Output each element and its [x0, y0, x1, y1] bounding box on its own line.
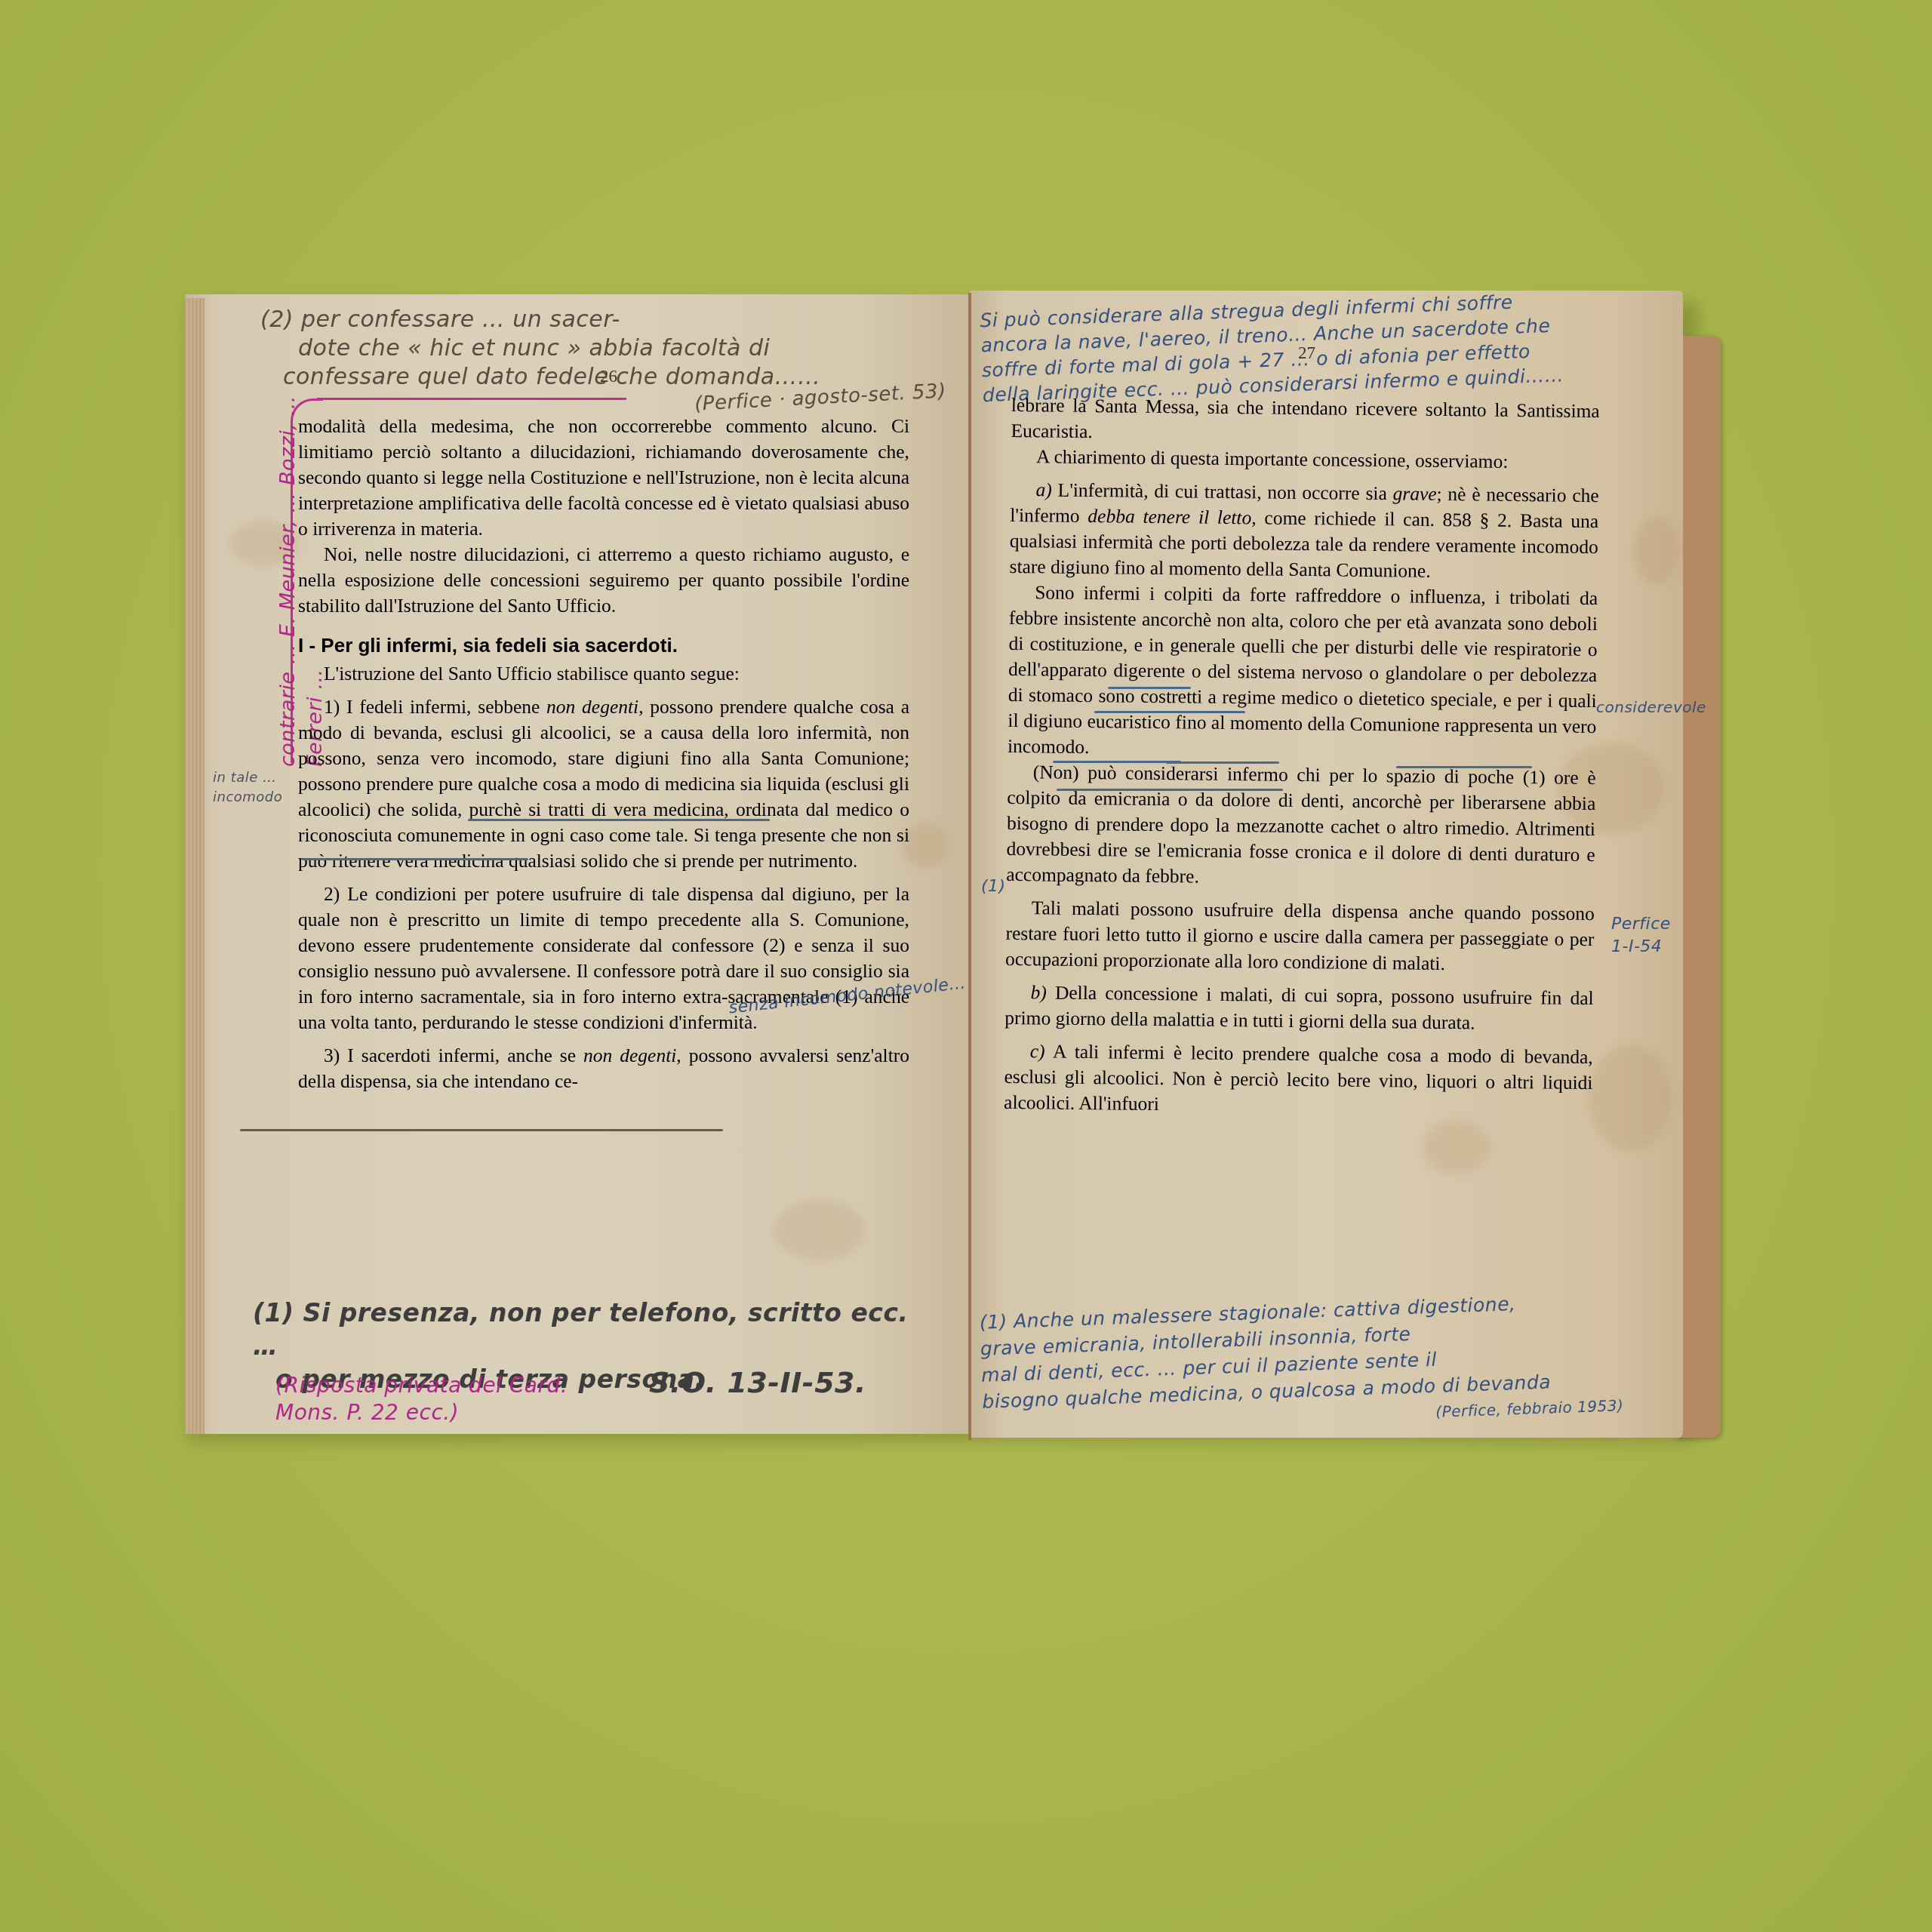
left-margin-footnote-mark: (1): [981, 875, 1006, 898]
left-top-annotation: (2) per confessare … un sacer- dote che …: [260, 306, 940, 392]
blue-underline: [1057, 789, 1283, 791]
paragraph: (Non) può considerarsi infermo chi per l…: [1006, 759, 1596, 894]
book-gutter: [968, 293, 971, 1440]
item-3: 3) I sacerdoti infermi, anche se non deg…: [298, 1043, 909, 1094]
item-c: c) A tali infermi è lecito prendere qual…: [1004, 1038, 1593, 1121]
magenta-bottom-note: (Risposta privata del Card. Mons. P. 22 …: [275, 1372, 608, 1426]
item-2: 2) Le condizioni per potere usufruire di…: [298, 881, 909, 1035]
right-bottom-annotation: (1) Anche un malessere stagionale: catti…: [979, 1284, 1708, 1441]
page-edges: [185, 298, 205, 1434]
magenta-underline: [317, 398, 626, 400]
blue-underline: [1396, 766, 1532, 768]
paragraph: A chiarimento di questa importante conce…: [1011, 444, 1599, 475]
paragraph: Tali malati possono usufruire della disp…: [1005, 895, 1595, 978]
annotation-line: (1) Si presenza, non per telefono, scrit…: [253, 1297, 932, 1363]
right-margin-note: considerevole: [1596, 696, 1706, 718]
item-a: a) L'infermità, di cui trattasi, non occ…: [1009, 477, 1598, 586]
blue-underline: [1166, 761, 1279, 764]
blue-underline: [468, 819, 770, 821]
blue-underline: [1053, 761, 1181, 763]
item-b: b) Della concessione i malati, di cui so…: [1004, 980, 1594, 1037]
intro-paragraph: L'istruzione del Santo Ufficio stabilisc…: [298, 661, 909, 687]
reference-date: S.O. 13-II-53.: [649, 1366, 866, 1399]
annotation-line: (2) per confessare … un sacer-: [260, 306, 940, 334]
right-margin-signature: Perfice 1-I-54: [1611, 913, 1672, 958]
section-heading: I - Per gli infermi, sia fedeli sia sace…: [298, 632, 909, 658]
blue-underline: [1094, 711, 1245, 713]
right-page-text: lebrare la Santa Messa, sia che intendan…: [1004, 392, 1600, 1121]
paragraph: modalità della medesima, che non occorre…: [298, 414, 909, 542]
paragraph: lebrare la Santa Messa, sia che intendan…: [1011, 392, 1600, 450]
paragraph: Sono infermi i colpiti da forte raffredd…: [1008, 580, 1598, 765]
item-1: 1) I fedeli infermi, sebbene non degenti…: [298, 694, 909, 874]
blue-underline: [1108, 687, 1191, 689]
paragraph: Noi, nelle nostre dilucidazioni, ci atte…: [298, 542, 909, 619]
annotation-line: dote che « hic et nunc » abbia facoltà d…: [260, 334, 940, 363]
blue-underline: [302, 858, 528, 860]
left-margin-small-note: in tale … incomodo: [213, 768, 288, 808]
brown-underline: [240, 1129, 723, 1131]
